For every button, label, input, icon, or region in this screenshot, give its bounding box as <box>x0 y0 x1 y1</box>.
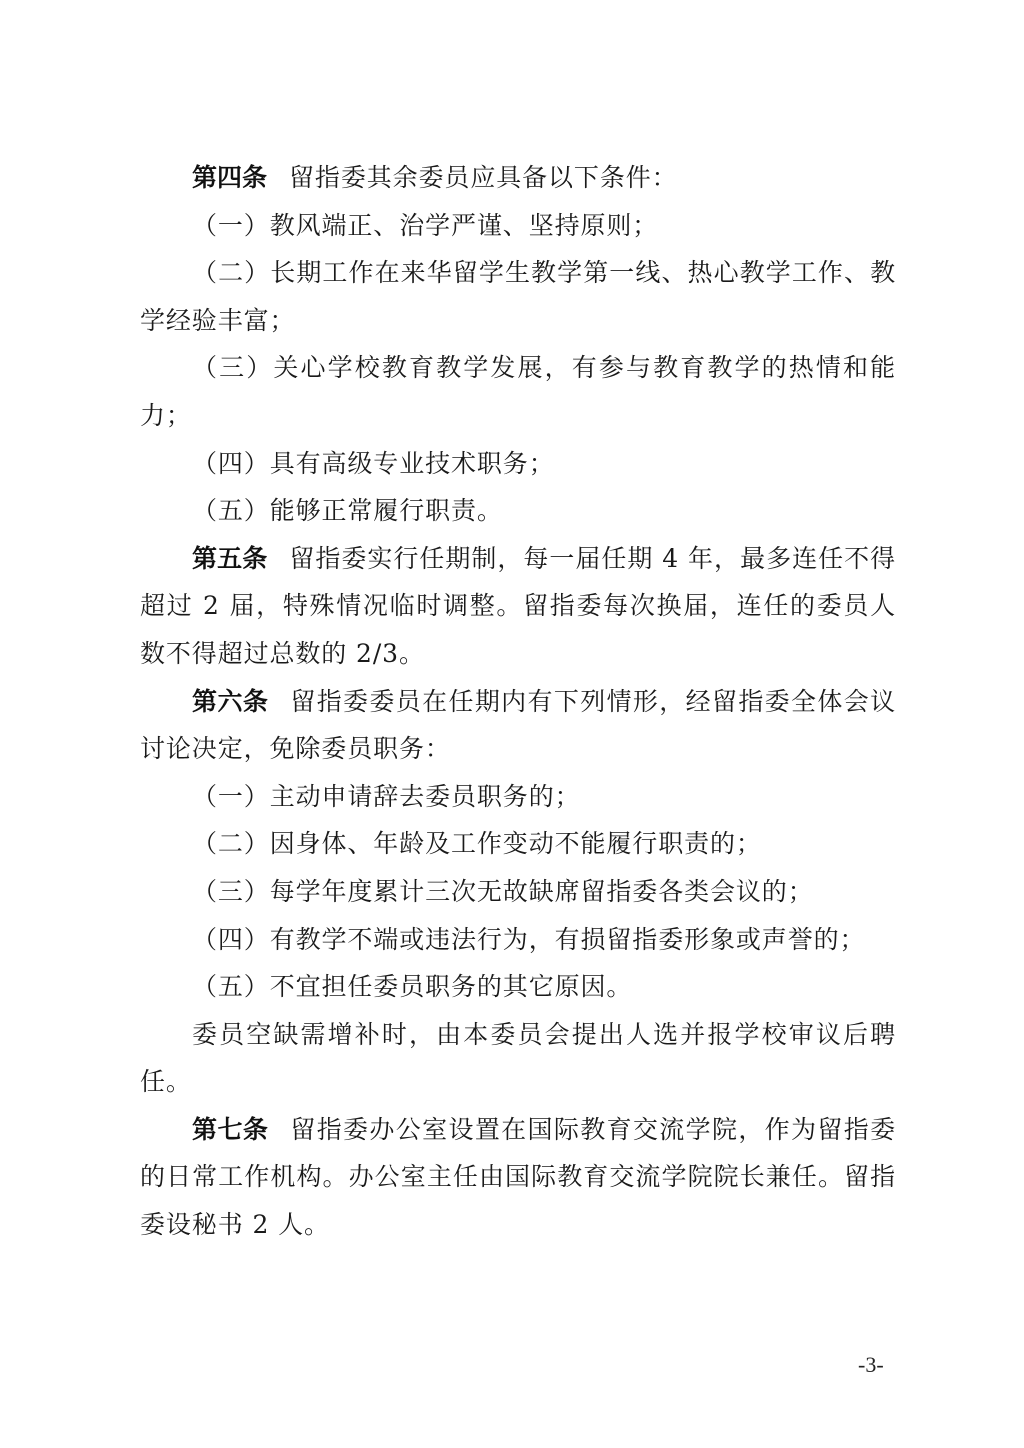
article-6-item-5: （五）不宜担任委员职务的其它原因。 <box>140 963 896 1011</box>
paragraph-text: （五）不宜担任委员职务的其它原因。 <box>192 972 632 1001</box>
paragraph-text: 留指委其余委员应具备以下条件： <box>289 163 678 192</box>
article-number: 第六条 <box>192 687 268 716</box>
article-6-item-1: （一）主动申请辞去委员职务的； <box>140 773 896 821</box>
article-6-item-2: （二）因身体、年龄及工作变动不能履行职责的； <box>140 820 896 868</box>
article-4-item-4: （四）具有高级专业技术职务； <box>140 440 896 488</box>
article-4-item-2: （二）长期工作在来华留学生教学第一线、热心教学工作、教学经验丰富； <box>140 249 896 344</box>
article-number: 第七条 <box>192 1115 268 1144</box>
document-body: 第四条留指委其余委员应具备以下条件： （一）教风端正、治学严谨、坚持原则； （二… <box>140 154 896 1249</box>
article-4-item-3: （三）关心学校教育教学发展，有参与教育教学的热情和能力； <box>140 344 896 439</box>
paragraph-text: （二）长期工作在来华留学生教学第一线、热心教学工作、教学经验丰富； <box>140 258 896 335</box>
paragraph-text: （五）能够正常履行职责。 <box>192 496 503 525</box>
article-4: 第四条留指委其余委员应具备以下条件： <box>140 154 896 202</box>
article-4-item-5: （五）能够正常履行职责。 <box>140 487 896 535</box>
article-number: 第四条 <box>192 163 267 192</box>
paragraph-text: （一）主动申请辞去委员职务的； <box>192 782 581 811</box>
article-4-item-1: （一）教风端正、治学严谨、坚持原则； <box>140 202 896 250</box>
article-6-vacancy-note: 委员空缺需增补时，由本委员会提出人选并报学校审议后聘任。 <box>140 1011 896 1106</box>
paragraph-text: （四）有教学不端或违法行为，有损留指委形象或声誉的； <box>192 925 865 954</box>
article-6: 第六条留指委委员在任期内有下列情形，经留指委全体会议讨论决定，免除委员职务： <box>140 678 896 773</box>
article-number: 第五条 <box>192 544 267 573</box>
paragraph-text: （三）关心学校教育教学发展，有参与教育教学的热情和能力； <box>140 353 896 430</box>
article-7: 第七条留指委办公室设置在国际教育交流学院，作为留指委的日常工作机构。办公室主任由… <box>140 1106 896 1249</box>
article-6-item-4: （四）有教学不端或违法行为，有损留指委形象或声誉的； <box>140 916 896 964</box>
paragraph-text: （二）因身体、年龄及工作变动不能履行职责的； <box>192 829 762 858</box>
article-6-item-3: （三）每学年度累计三次无故缺席留指委各类会议的； <box>140 868 896 916</box>
paragraph-text: （四）具有高级专业技术职务； <box>192 449 555 478</box>
paragraph-text: 委员空缺需增补时，由本委员会提出人选并报学校审议后聘任。 <box>140 1020 896 1097</box>
paragraph-text: （一）教风端正、治学严谨、坚持原则； <box>192 211 658 240</box>
page-number: -3- <box>858 1352 884 1378</box>
paragraph-text: （三）每学年度累计三次无故缺席留指委各类会议的； <box>192 877 814 906</box>
article-5: 第五条留指委实行任期制，每一届任期 4 年，最多连任不得超过 2 届，特殊情况临… <box>140 535 896 678</box>
